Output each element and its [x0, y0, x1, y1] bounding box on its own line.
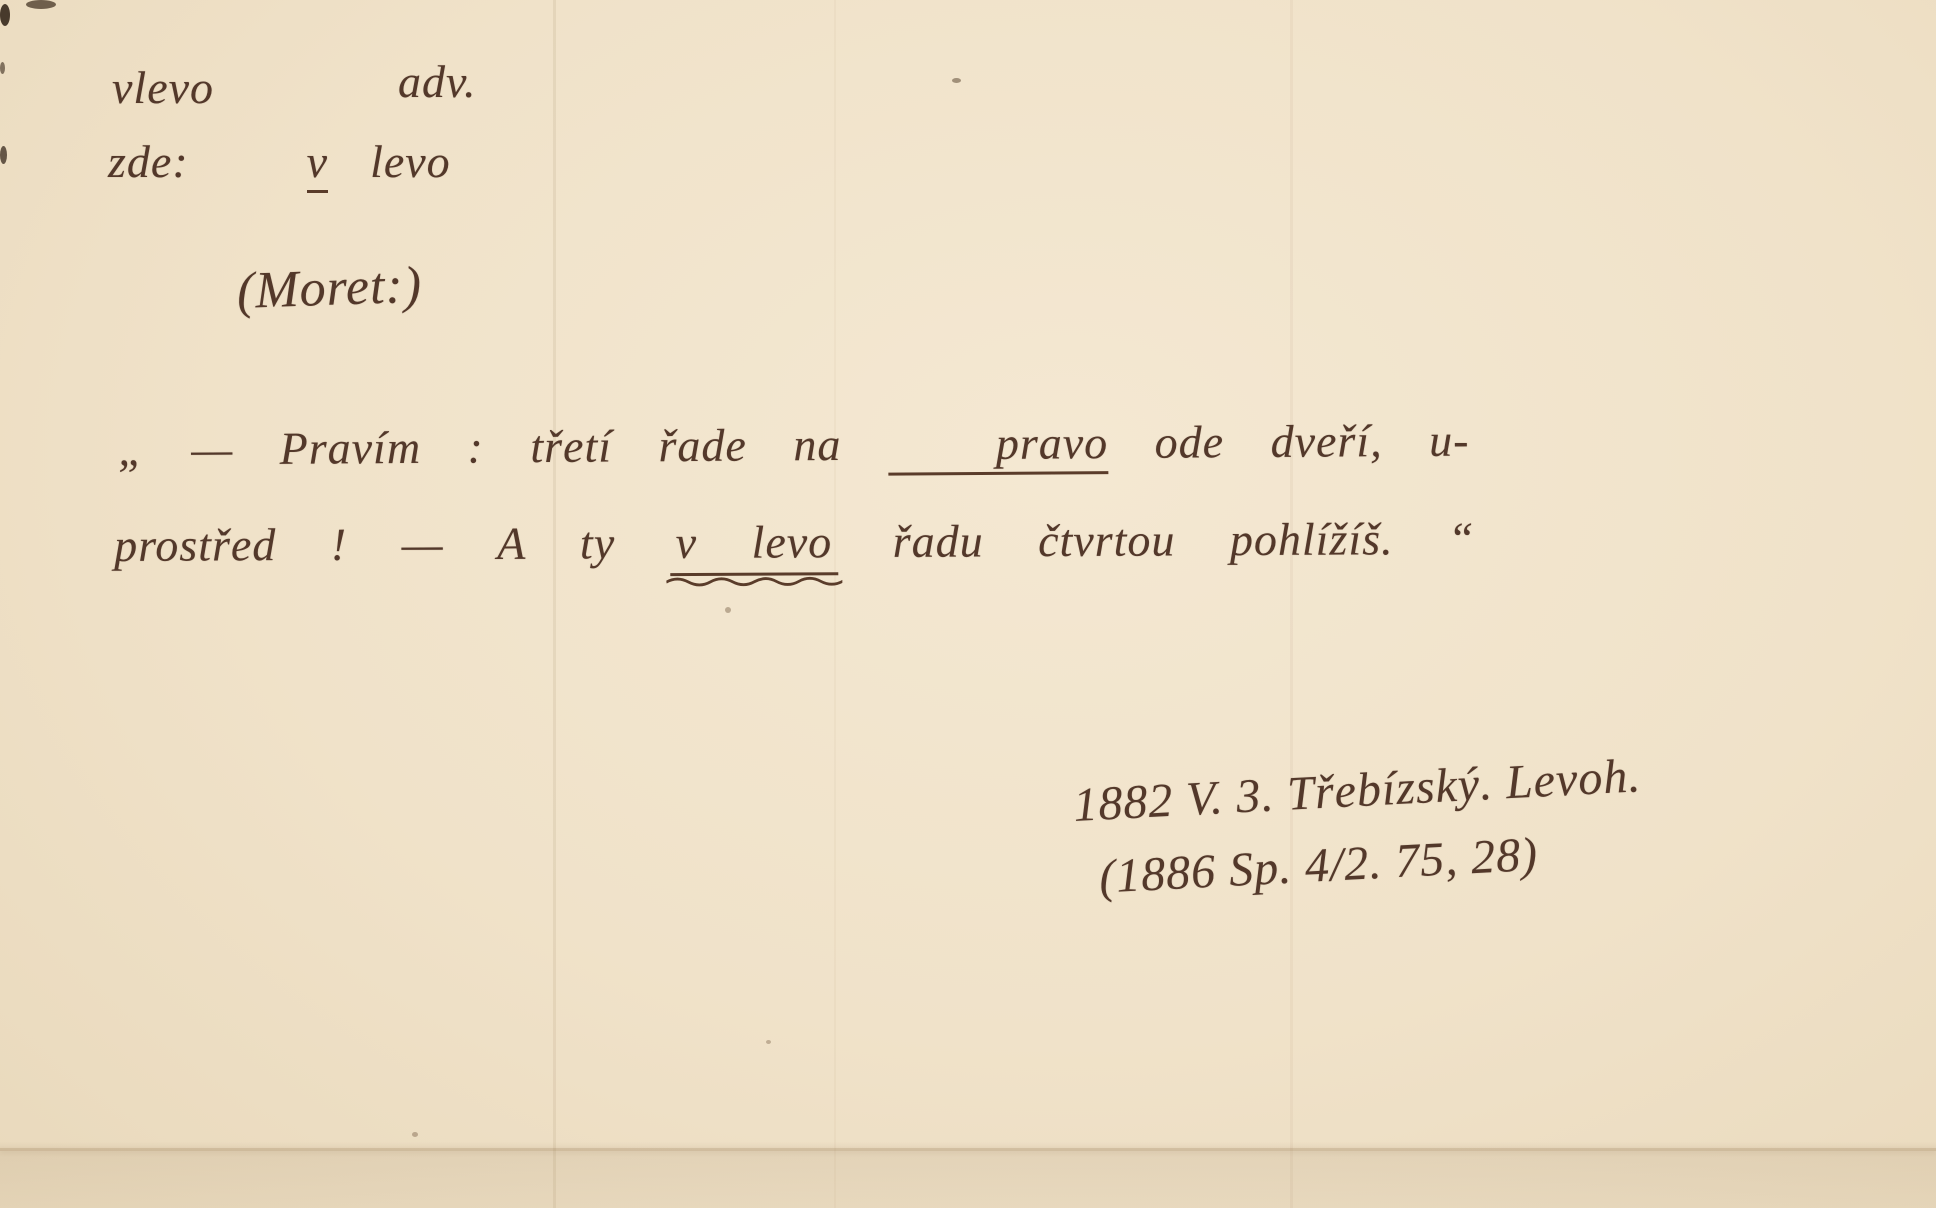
quote-line1-pre: „ — Pravím : třetí řade na — [118, 419, 842, 475]
edge-ink-mark — [0, 146, 7, 164]
quote-line2-underlined-text: v levo — [676, 516, 833, 568]
paper-fold-line — [1290, 0, 1293, 1208]
part-of-speech: adv. — [398, 56, 477, 109]
quote-line2-pre: prostřed ! — A ty — [114, 517, 615, 571]
citation-block: 1882 V. 3. Třebízský. Levoh. (1886 Sp. 4… — [1072, 748, 1646, 906]
edge-ink-mark — [0, 62, 5, 74]
zde-label: zde: — [108, 136, 189, 187]
paper-fold-line — [553, 0, 556, 1208]
usage-note-line: zde:vlevo — [108, 136, 451, 189]
citation-line-2: (1886 Sp. 4/2. 75, 28) — [1098, 821, 1647, 905]
quote-line-2: prostřed ! — A ty v levo řadu čtvrtou po… — [114, 513, 1475, 579]
paper-crease — [0, 1148, 1936, 1151]
headword: vlevo — [112, 62, 214, 115]
quote-line-1: „ — Pravím : třetí řade na pravo ode dve… — [118, 415, 1470, 477]
manuscript-card: vlevo adv. zde:vlevo (Moret:) „ — Pravím… — [0, 0, 1936, 1208]
zde-levo: levo — [370, 136, 451, 187]
quote-line1-post: ode dveří, u- — [1155, 415, 1470, 468]
paper-speck — [725, 607, 731, 613]
quote-line1-underlined-word: pravo — [888, 417, 1109, 476]
wavy-underline — [666, 575, 843, 588]
edge-ink-mark — [26, 0, 56, 9]
paper-speck — [412, 1132, 418, 1137]
paper-speck — [766, 1040, 771, 1044]
edge-ink-mark — [0, 4, 10, 26]
source-note: (Moret:) — [236, 256, 423, 322]
zde-v-underlined: v — [307, 136, 328, 193]
quote-line2-post: řadu čtvrtou pohlížíš. “ — [893, 513, 1475, 567]
quote-line2-underlined-phrase: v levo — [670, 516, 839, 576]
paper-fold-line — [834, 0, 836, 1208]
citation-line-1: 1882 V. 3. Třebízský. Levoh. — [1072, 748, 1643, 833]
paper-speck — [952, 78, 961, 83]
